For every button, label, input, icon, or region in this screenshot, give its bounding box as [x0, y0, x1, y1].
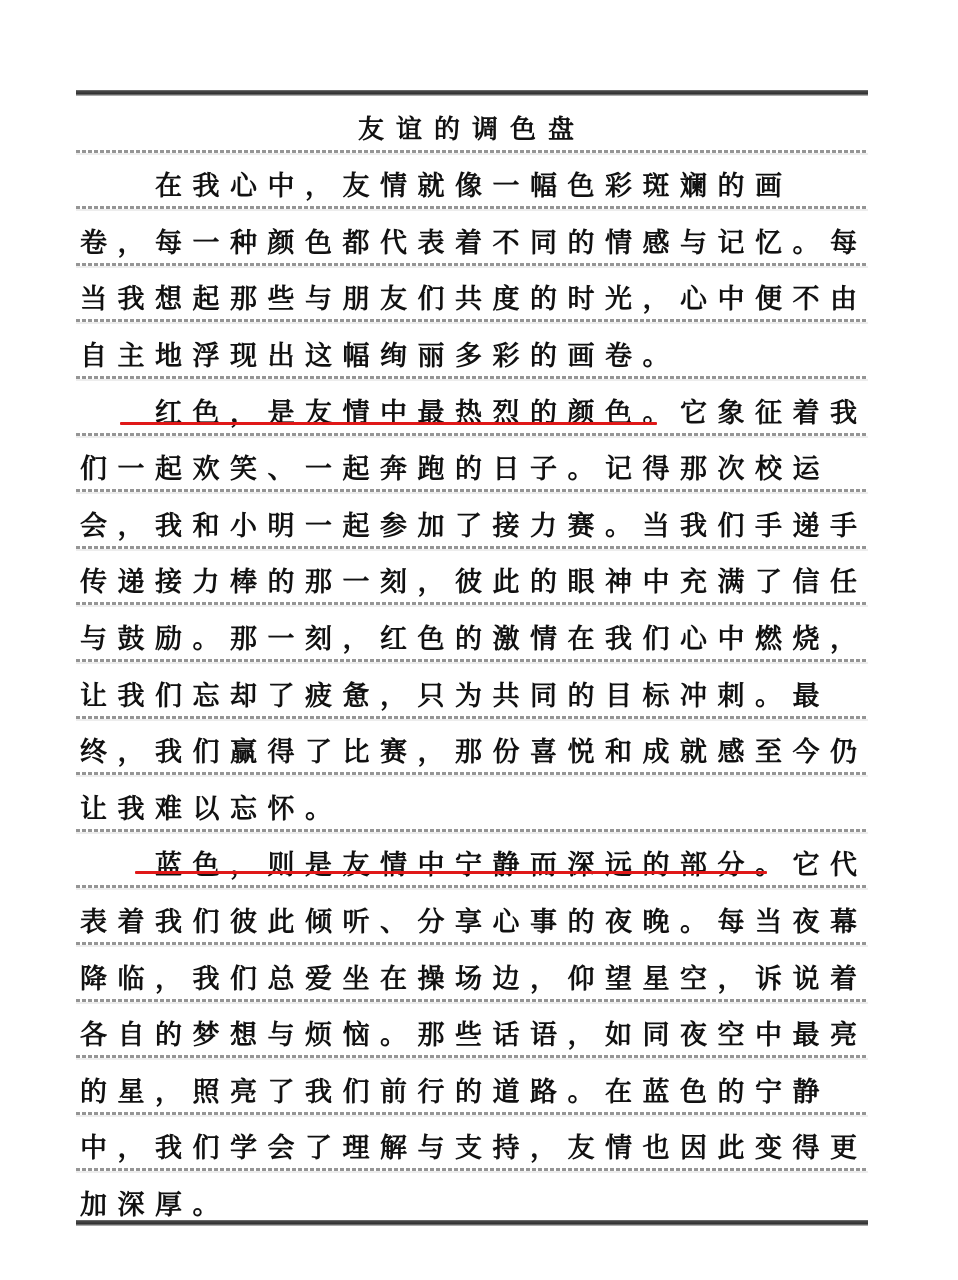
handwritten-essay-page: 友谊的调色盘 在我心中，友情就像一幅色彩斑斓的画 卷，每一种颜色都代表着不同的情… — [0, 0, 958, 1280]
text-row: 会，我和小明一起参加了接力赛。当我们手递手 — [76, 492, 868, 549]
text-row: 终，我们赢得了比赛，那份喜悦和成就感至今仍 — [76, 719, 868, 776]
text-row: 表着我们彼此倾听、分享心事的夜晚。每当夜幕 — [76, 888, 868, 945]
bottom-double-rule — [76, 1220, 868, 1226]
paragraph-3-line: 加深厚。 — [80, 1192, 230, 1219]
red-underline-highlight-1 — [120, 422, 657, 425]
paragraph-2-line: 与鼓励。那一刻，红色的激情在我们心中燃烧， — [80, 626, 868, 653]
paragraph-2-line: 会，我和小明一起参加了接力赛。当我们手递手 — [80, 513, 868, 540]
paragraph-3-line: 的星，照亮了我们前行的道路。在蓝色的宁静 — [80, 1079, 830, 1106]
text-row: 传递接力棒的那一刻，彼此的眼神中充满了信任 — [76, 549, 868, 606]
paragraph-3-line: 各自的梦想与烦恼。那些话语，如同夜空中最亮 — [80, 1022, 868, 1049]
paragraph-2-line: 终，我们赢得了比赛，那份喜悦和成就感至今仍 — [80, 739, 868, 766]
paragraph-3-line: 降临，我们总爱坐在操场边，仰望星空，诉说着 — [80, 966, 868, 993]
text-row: 自主地浮现出这幅绚丽多彩的画卷。 — [76, 322, 868, 379]
text-row: 让我们忘却了疲惫，只为共同的目标冲刺。最 — [76, 662, 868, 719]
text-row: 中，我们学会了理解与支持，友情也因此变得更 — [76, 1115, 868, 1172]
ruled-lines: 友谊的调色盘 在我心中，友情就像一幅色彩斑斓的画 卷，每一种颜色都代表着不同的情… — [76, 96, 868, 1228]
text-row: 让我难以忘怀。 — [76, 775, 868, 832]
paragraph-2-line: 传递接力棒的那一刻，彼此的眼神中充满了信任 — [80, 569, 868, 596]
text-row: 在我心中，友情就像一幅色彩斑斓的画 — [76, 153, 868, 210]
text-row: 蓝色，则是友情中宁静而深远的部分。它代 — [76, 832, 868, 889]
red-underline-highlight-2 — [135, 871, 767, 874]
paragraph-3-line: 蓝色，则是友情中宁静而深远的部分。它代 — [80, 852, 868, 879]
text-row: 降临，我们总爱坐在操场边，仰望星空，诉说着 — [76, 945, 868, 1002]
text-row: 与鼓励。那一刻，红色的激情在我们心中燃烧， — [76, 605, 868, 662]
essay-title: 友谊的调色盘 — [76, 117, 868, 143]
paragraph-1-line: 卷，每一种颜色都代表着不同的情感与记忆。每 — [80, 230, 868, 257]
paragraph-1-line: 当我想起那些与朋友们共度的时光，心中便不由 — [80, 286, 868, 313]
text-row: 红色，是友情中最热烈的颜色。它象征着我 — [76, 379, 868, 436]
text-row: 的星，照亮了我们前行的道路。在蓝色的宁静 — [76, 1058, 868, 1115]
paragraph-1-line: 自主地浮现出这幅绚丽多彩的画卷。 — [80, 343, 680, 370]
paragraph-3-line: 中，我们学会了理解与支持，友情也因此变得更 — [80, 1135, 868, 1162]
paragraph-3-line: 表着我们彼此倾听、分享心事的夜晚。每当夜幕 — [80, 909, 868, 936]
paragraph-2-line: 让我难以忘怀。 — [80, 796, 343, 823]
text-row: 当我想起那些与朋友们共度的时光，心中便不由 — [76, 266, 868, 323]
title-row: 友谊的调色盘 — [76, 96, 868, 153]
paragraph-2-line: 让我们忘却了疲惫，只为共同的目标冲刺。最 — [80, 683, 830, 710]
text-row: 们一起欢笑、一起奔跑的日子。记得那次校运 — [76, 436, 868, 493]
paragraph-1-line: 在我心中，友情就像一幅色彩斑斓的画 — [80, 173, 793, 200]
paragraph-2-line: 们一起欢笑、一起奔跑的日子。记得那次校运 — [80, 456, 830, 483]
text-row: 各自的梦想与烦恼。那些话语，如同夜空中最亮 — [76, 1002, 868, 1059]
text-row: 卷，每一种颜色都代表着不同的情感与记忆。每 — [76, 209, 868, 266]
